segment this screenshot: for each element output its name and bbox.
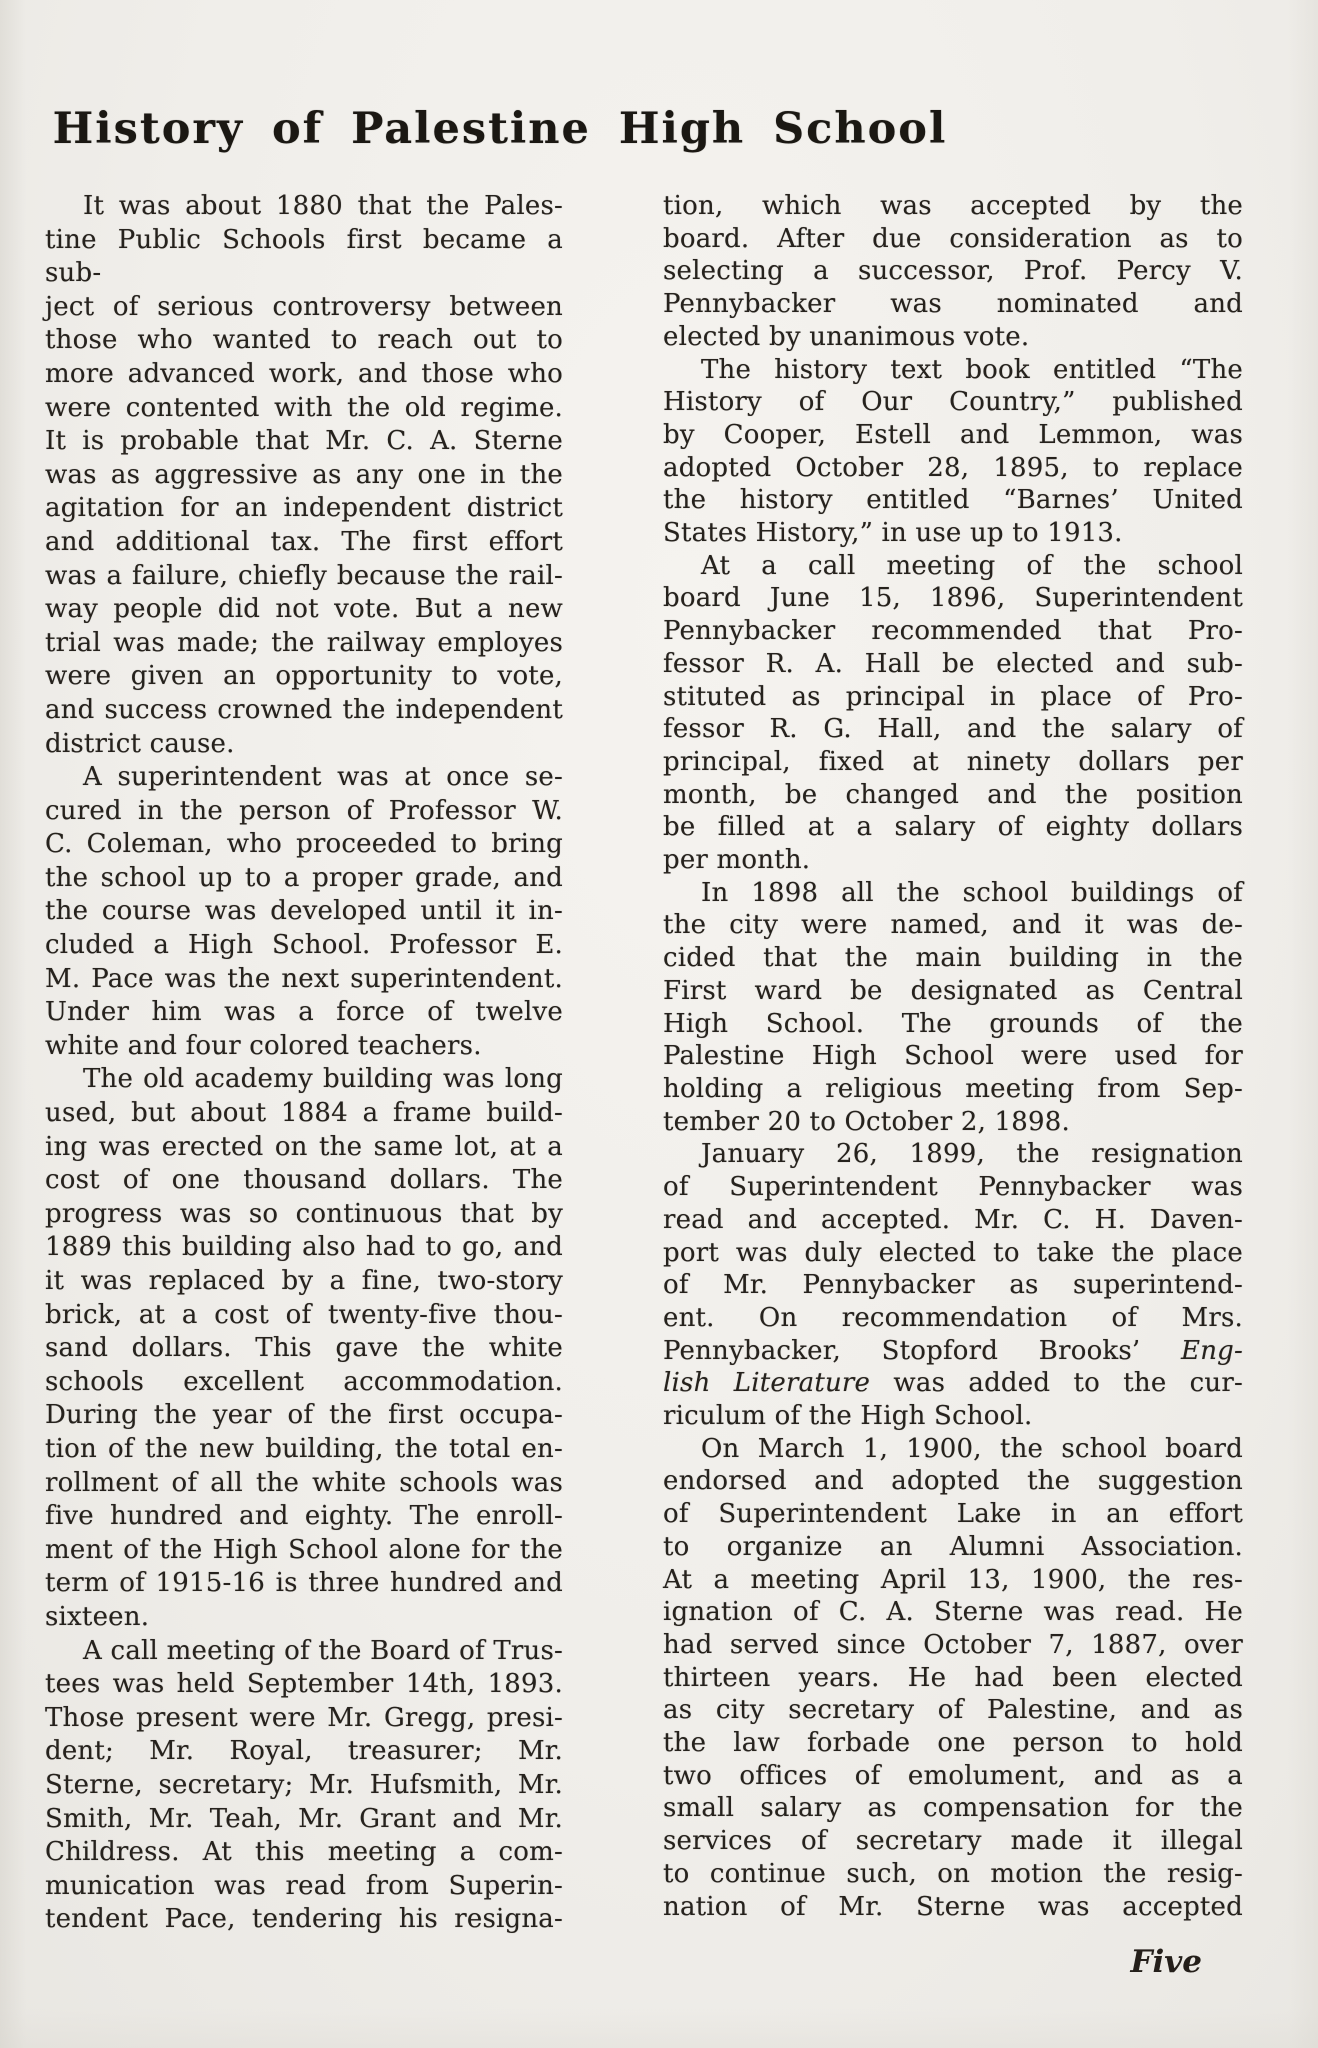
paragraph: January 26, 1899, the resignationof Supe… [663,1138,1243,1432]
text-line: riculum of the High School. [663,1400,1243,1433]
text-line: port was duly elected to take the place [663,1237,1243,1270]
text-line: tees was held September 14th, 1893. [45,1668,563,1702]
text-line: rollment of all the white schools was [45,1467,563,1501]
text-line: thirteen years. He had been elected [663,1662,1243,1695]
text-line: of Mr. Pennybacker as superintend- [663,1269,1243,1302]
text-line: selecting a successor, Prof. Percy V. [663,255,1243,288]
text-line: tendent Pace, tendering his resigna- [45,1903,563,1937]
text-line: cluded a High School. Professor E. [45,929,563,963]
text-line: In 1898 all the school buildings of [663,877,1243,910]
text-line: sixteen. [45,1601,563,1635]
text-line: During the year of the first occupa- [45,1399,563,1433]
text-line: was a failure, chiefly because the rail- [45,560,563,594]
text-line: it was replaced by a fine, two-story [45,1265,563,1299]
text-line: cided that the main building in the [663,942,1243,975]
column-left: It was about 1880 that the Pales-tine Pu… [45,190,563,1937]
text-line: tion, which was accepted by the [663,190,1243,223]
text-line: was as aggressive as any one in the [45,459,563,493]
paragraph: In 1898 all the school buildings ofthe c… [663,877,1243,1139]
text-line: Sterne, secretary; Mr. Hufsmith, Mr. [45,1769,563,1803]
paragraph: tion, which was accepted by theboard. Af… [663,190,1243,354]
text-line: were given an opportunity to vote, [45,660,563,694]
text-line: white and four colored teachers. [45,1030,563,1064]
text-line: the city were named, and it was de- [663,909,1243,942]
text-line: district cause. [45,728,563,762]
column-right: tion, which was accepted by theboard. Af… [663,190,1243,1937]
text-line: cost of one thousand dollars. The [45,1164,563,1198]
text-line: ent. On recommendation of Mrs. [663,1302,1243,1335]
text-line: fessor R. G. Hall, and the salary of [663,713,1243,746]
text-line: First ward be designated as Central [663,975,1243,1008]
text-line: Palestine High School were used for [663,1040,1243,1073]
text-line: M. Pace was the next superintendent. [45,963,563,997]
text-line: board. After due consideration as to [663,223,1243,256]
text-line: lish Literature was added to the cur- [663,1367,1243,1400]
text-line: two offices of emolument, and as a [663,1760,1243,1793]
text-line: tine Public Schools first became a sub- [45,224,563,291]
text-columns: It was about 1880 that the Pales-tine Pu… [45,190,1243,1937]
text-line: trial was made; the railway employes [45,627,563,661]
page-number: Five [1130,1944,1202,1980]
text-line: At a meeting April 13, 1900, the res- [663,1564,1243,1597]
paragraph: A superintendent was at once se-cured in… [45,761,563,1063]
text-line: sand dollars. This gave the white [45,1332,563,1366]
text-line: Smith, Mr. Teah, Mr. Grant and Mr. [45,1803,563,1837]
text-line: It is probable that Mr. C. A. Sterne [45,425,563,459]
text-line: The old academy building was long [45,1063,563,1097]
text-line: five hundred and eighty. The enroll- [45,1500,563,1534]
text-line: Pennybacker recommended that Pro- [663,615,1243,648]
text-line: the course was developed until it in- [45,895,563,929]
text-line: ignation of C. A. Sterne was read. He [663,1596,1243,1629]
text-line: holding a religious meeting from Sep- [663,1073,1243,1106]
text-line: term of 1915-16 is three hundred and [45,1567,563,1601]
text-line: A superintendent was at once se- [45,761,563,795]
text-line: History of Our Country,” published [663,386,1243,419]
text-line: way people did not vote. But a new [45,593,563,627]
text-line: and additional tax. The first effort [45,526,563,560]
text-line: High School. The grounds of the [663,1008,1243,1041]
text-line: were contented with the old regime. [45,392,563,426]
text-line: month, be changed and the position [663,779,1243,812]
text-line: the law forbade one person to hold [663,1727,1243,1760]
text-line: tion of the new building, the total en- [45,1433,563,1467]
text-line: of Superintendent Pennybacker was [663,1171,1243,1204]
text-line: agitation for an independent district [45,492,563,526]
text-line: Pennybacker was nominated and [663,288,1243,321]
text-line: small salary as compensation for the [663,1792,1243,1825]
text-line: It was about 1880 that the Pales- [45,190,563,224]
text-line: progress was so continuous that by [45,1198,563,1232]
text-line: more advanced work, and those who [45,358,563,392]
text-line: The history text book entitled “The [663,354,1243,387]
text-line: to organize an Alumni Association. [663,1531,1243,1564]
text-line: adopted October 28, 1895, to replace [663,452,1243,485]
text-line: At a call meeting of the school [663,550,1243,583]
text-line: principal, fixed at ninety dollars per [663,746,1243,779]
text-line: Those present were Mr. Gregg, presi- [45,1702,563,1736]
text-line: 1889 this building also had to go, and [45,1231,563,1265]
text-line: Pennybacker, Stopford Brooks’ Eng- [663,1335,1243,1368]
text-line: had served since October 7, 1887, over [663,1629,1243,1662]
text-line: munication was read from Superin- [45,1870,563,1904]
text-line: States History,” in use up to 1913. [663,517,1243,550]
text-line: A call meeting of the Board of Trus- [45,1635,563,1669]
text-line: be filled at a salary of eighty dollars [663,811,1243,844]
text-line: the school up to a proper grade, and [45,862,563,896]
paragraph: The history text book entitled “TheHisto… [663,354,1243,550]
text-line: by Cooper, Estell and Lemmon, was [663,419,1243,452]
text-line: to continue such, on motion the resig- [663,1858,1243,1891]
text-line: nation of Mr. Sterne was accepted [663,1891,1243,1924]
text-line: Childress. At this meeting a com- [45,1836,563,1870]
scanned-book-page: History of Palestine High School It was … [0,0,1318,2048]
text-line: of Superintendent Lake in an effort [663,1498,1243,1531]
text-line: Under him was a force of twelve [45,996,563,1030]
text-line: the history entitled “Barnes’ United [663,484,1243,517]
text-line: schools excellent accommodation. [45,1366,563,1400]
text-line: On March 1, 1900, the school board [663,1433,1243,1466]
text-line: board June 15, 1896, Superintendent [663,582,1243,615]
paragraph: At a call meeting of the schoolboard Jun… [663,550,1243,877]
text-line: those who wanted to reach out to [45,324,563,358]
text-line: and success crowned the independent [45,694,563,728]
text-line: C. Coleman, who proceeded to bring [45,828,563,862]
paragraph: A call meeting of the Board of Trus-tees… [45,1635,563,1937]
text-line: cured in the person of Professor W. [45,795,563,829]
text-line: ment of the High School alone for the [45,1534,563,1568]
text-line: elected by unanimous vote. [663,321,1243,354]
text-line: endorsed and adopted the suggestion [663,1465,1243,1498]
text-line: January 26, 1899, the resignation [663,1138,1243,1171]
text-line: as city secretary of Palestine, and as [663,1694,1243,1727]
text-line: ject of serious controversy between [45,291,563,325]
text-line: per month. [663,844,1243,877]
text-line: ing was erected on the same lot, at a [45,1131,563,1165]
paragraph: It was about 1880 that the Pales-tine Pu… [45,190,563,761]
text-line: read and accepted. Mr. C. H. Daven- [663,1204,1243,1237]
text-line: dent; Mr. Royal, treasurer; Mr. [45,1735,563,1769]
text-line: used, but about 1884 a frame build- [45,1097,563,1131]
text-line: fessor R. A. Hall be elected and sub- [663,648,1243,681]
text-line: tember 20 to October 2, 1898. [663,1106,1243,1139]
text-line: stituted as principal in place of Pro- [663,681,1243,714]
paragraph: The old academy building was longused, b… [45,1063,563,1634]
paragraph: On March 1, 1900, the school boardendors… [663,1433,1243,1924]
page-title: History of Palestine High School [0,104,1000,154]
text-line: brick, at a cost of twenty-five thou- [45,1299,563,1333]
text-line: services of secretary made it illegal [663,1825,1243,1858]
